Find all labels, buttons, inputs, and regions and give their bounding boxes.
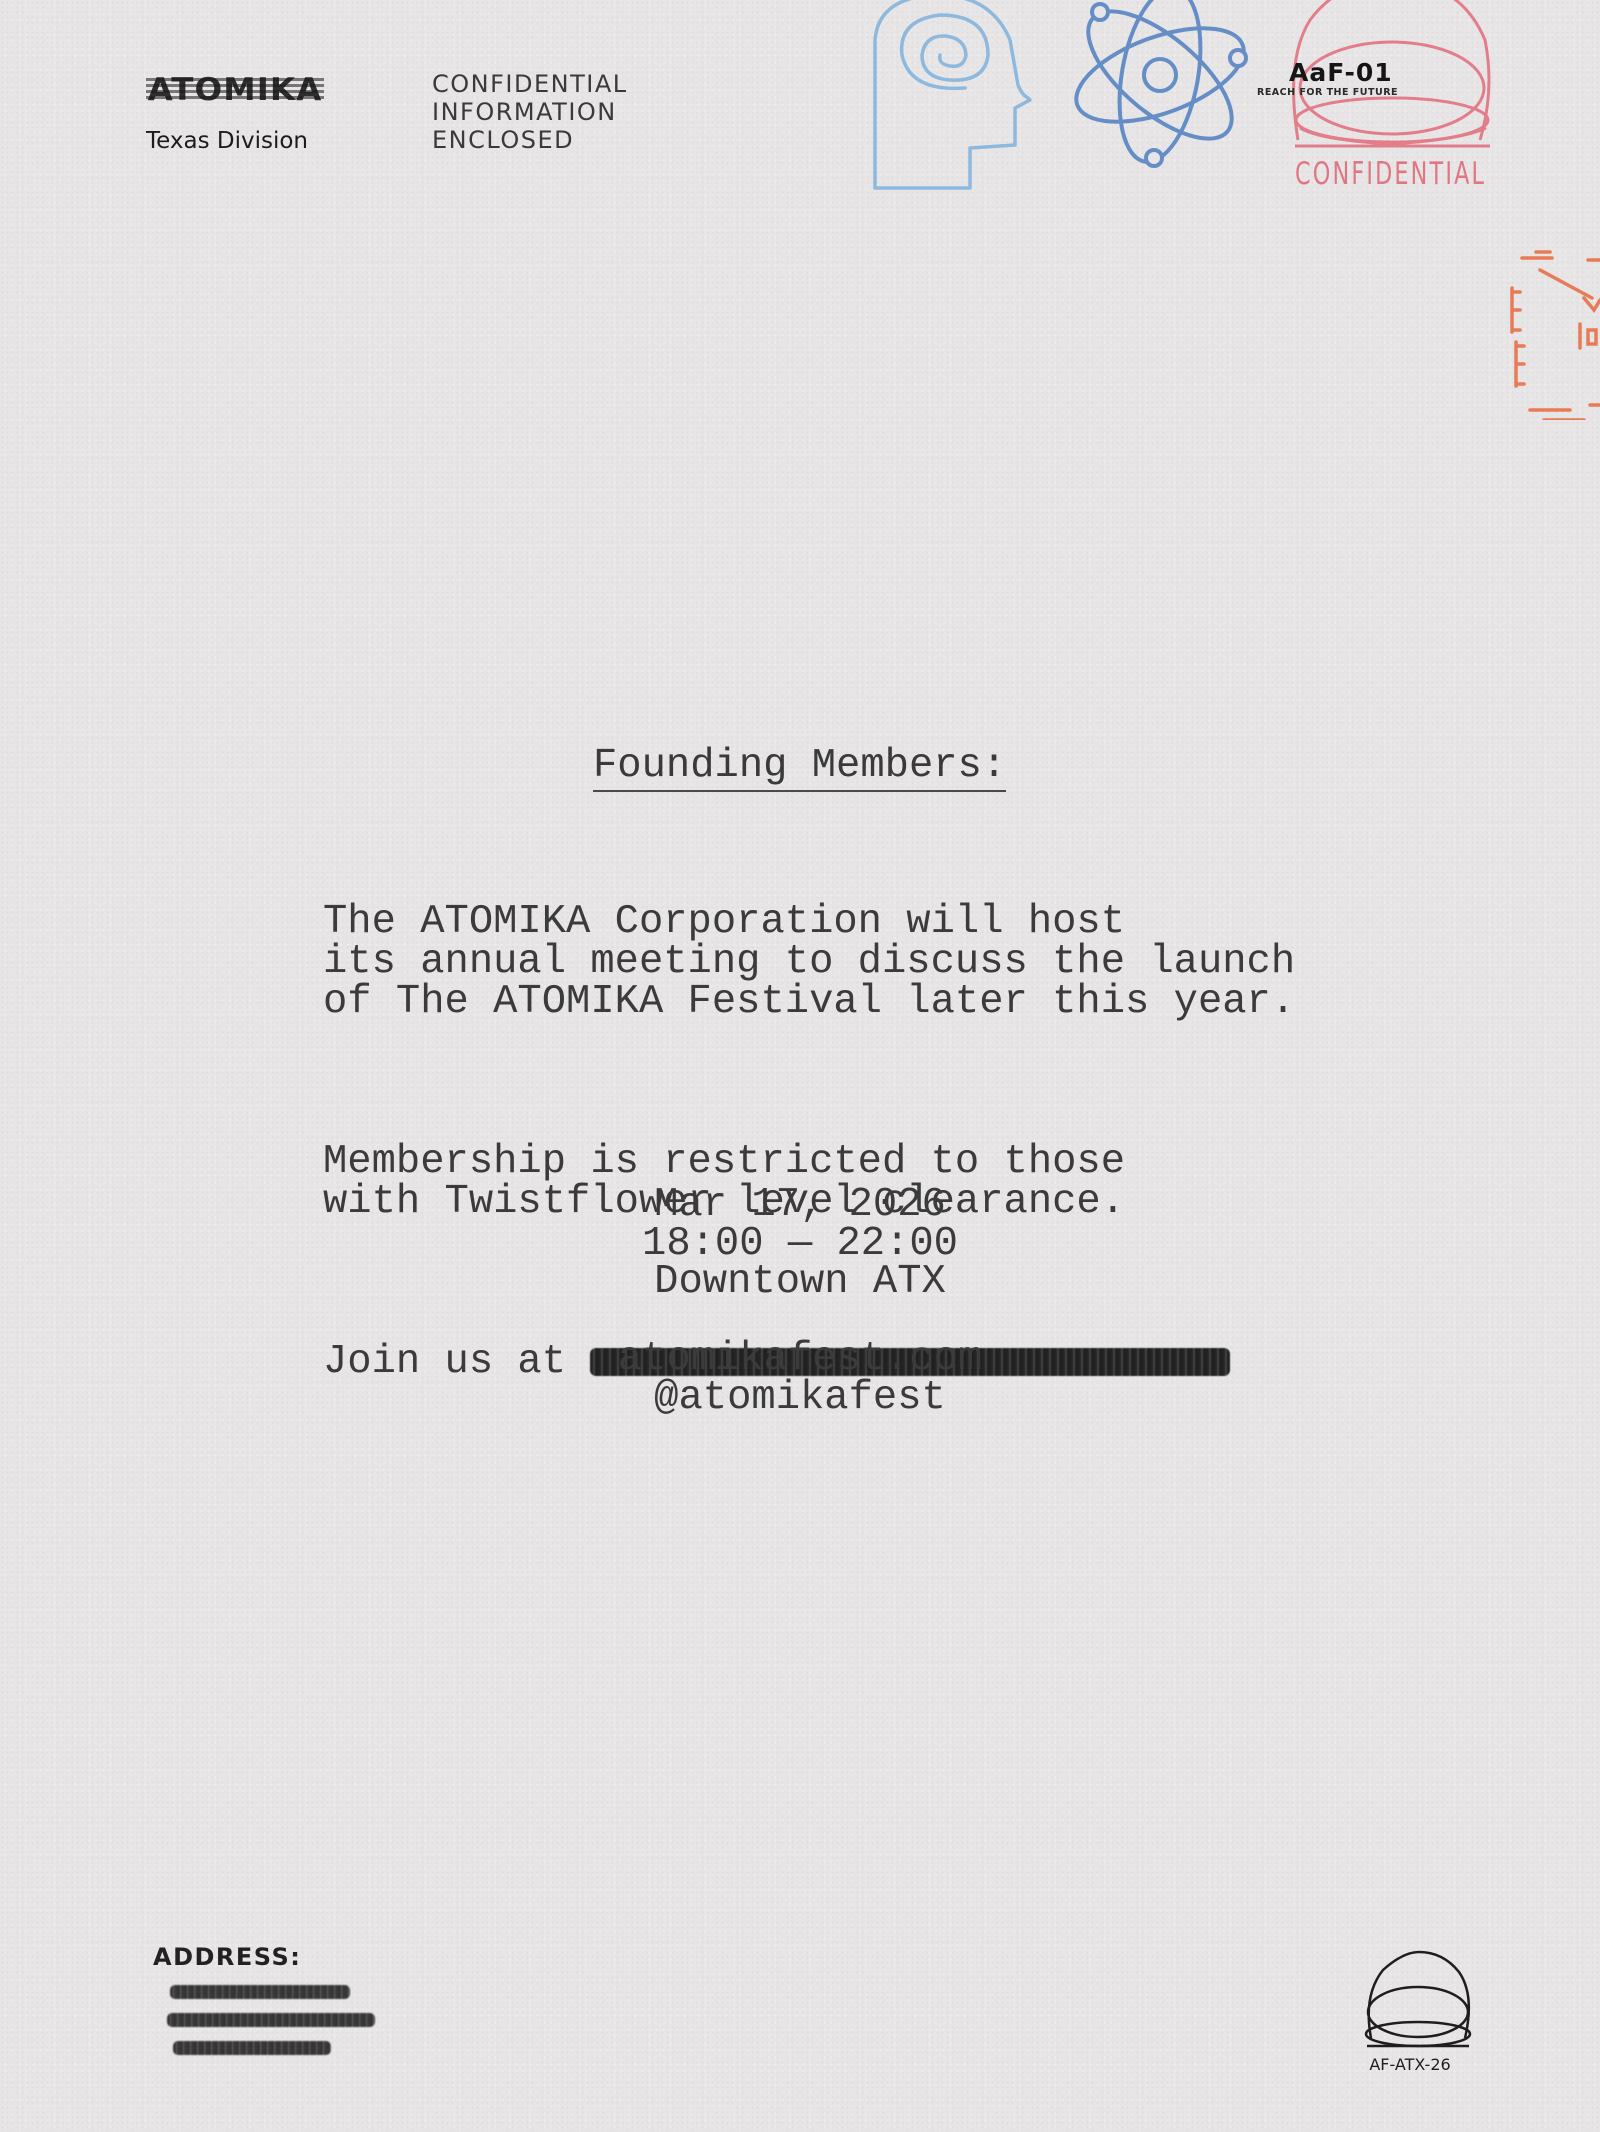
social-handle[interactable]: @atomikafest	[0, 1379, 1600, 1418]
aaf-code: AaF-01	[1289, 58, 1449, 87]
division-label: Texas Division	[146, 128, 308, 154]
atomika-logo: ATOMIKA	[146, 76, 324, 104]
contact-details: atomikafest.com @atomikafest	[0, 1340, 1600, 1417]
redacted-address-line	[173, 2041, 331, 2055]
redacted-address-line	[170, 1985, 350, 1999]
letter-body: The ATOMIKA Corporation will host its an…	[323, 822, 1295, 1422]
address-label: ADDRESS:	[153, 1943, 301, 1971]
redacted-address-line	[167, 2013, 375, 2027]
confidential-note-line: INFORMATION	[432, 98, 628, 126]
letter-heading: Founding Members:	[593, 744, 1006, 792]
confidential-note: CONFIDENTIAL INFORMATION ENCLOSED	[432, 70, 628, 154]
footer-code: AF-ATX-26	[1340, 2055, 1480, 2074]
body-line: of The ATOMIKA Festival later this year.	[323, 979, 1295, 1025]
confidential-note-line: CONFIDENTIAL	[432, 70, 628, 98]
event-details: Mar 17, 2026 18:00 — 22:00 Downtown ATX	[0, 1186, 1600, 1302]
aaf-label: AaF-01 REACH FOR THE FUTURE	[1289, 58, 1449, 98]
paragraph-intro: The ATOMIKA Corporation will host its an…	[323, 902, 1295, 1022]
atom-icon	[1068, 0, 1248, 175]
spiral-head-icon	[870, 0, 1040, 192]
confidential-note-line: ENCLOSED	[432, 126, 628, 154]
event-location: Downtown ATX	[0, 1263, 1600, 1302]
event-time: 18:00 — 22:00	[0, 1225, 1600, 1264]
event-date: Mar 17, 2026	[0, 1186, 1600, 1225]
website-link[interactable]: atomikafest.com	[0, 1340, 1600, 1379]
confidential-stamp: CONFIDENTIAL	[1295, 156, 1486, 192]
orange-diagram-stamp	[1480, 240, 1600, 420]
helmet-globe-icon	[1363, 1950, 1473, 2052]
aaf-tagline: REACH FOR THE FUTURE	[1257, 87, 1449, 98]
